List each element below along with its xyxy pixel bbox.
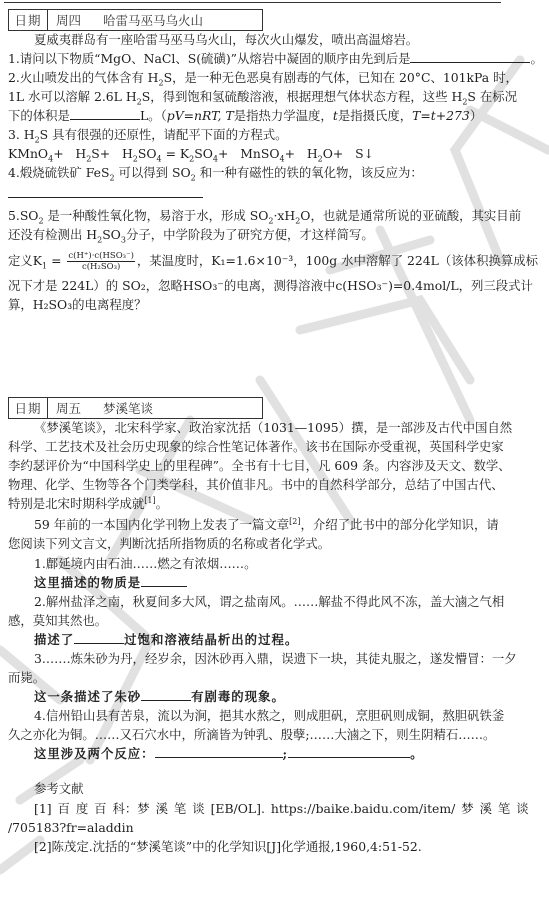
- question-4-answer: [8, 185, 203, 203]
- item-3-question: 这一条描述了朱砂有剧毒的现象。: [8, 688, 285, 706]
- item-4-line1: 4.信州铅山县有苦泉，流以为涧，挹其水熬之，则成胆矾，烹胆矾则成铜，熬胆矾铁釜: [8, 707, 504, 725]
- reference-1-cont: /705183?fr=aladdin: [8, 819, 134, 837]
- text: 这里描述的物质是: [34, 575, 141, 590]
- text: 5.SO: [8, 208, 38, 223]
- item-2-question: 描述了过饱和溶液结晶析出的过程。: [8, 631, 298, 649]
- text: 有剧毒的现象。: [191, 689, 285, 704]
- answer-blank: [141, 574, 187, 587]
- section2-title: 梦溪笔谈: [81, 399, 153, 417]
- text: 描述了: [34, 632, 74, 647]
- answer-blank: [288, 745, 410, 758]
- answer-blank: [141, 688, 191, 701]
- paragraph-1-line: 特别是北宋时期科学成就[1]。: [8, 495, 168, 513]
- text: 过饱和溶液结晶析出的过程。: [124, 632, 298, 647]
- punct: 。: [530, 51, 542, 66]
- k1-fraction: c(H⁺)·c(HSO₃⁻) c(H₂SO₃): [67, 251, 135, 272]
- text: 4.煅烧硫铁矿 FeS: [8, 165, 109, 180]
- text: 。: [410, 746, 423, 761]
- section1-header-box: 日期 周四 哈雷马巫马乌火山: [8, 9, 263, 31]
- text: O，也就是通常所说的亚硫酸，其实目前: [300, 208, 521, 223]
- answer-blank: [70, 107, 140, 120]
- item-4-line2: 久之亦化为铜。……又石穴水中，所滴皆为钟乳、殷孽;……大滷之下，则生阴精石……。: [8, 726, 495, 744]
- subscript: 1: [42, 261, 47, 270]
- paragraph-1-line: 《梦溪笔谈》，北宋科学家、政治家沈括（1031—1095）撰，是一部涉及古代中国…: [8, 419, 512, 437]
- references-title: 参考文献: [8, 780, 84, 798]
- text: 这一条描述了朱砂: [34, 689, 141, 704]
- item-3-line1: 3.……炼朱砂为丹，经岁余，因沐砂再入鼎，误遗下一块，其徒丸服之，遂发懵冒：一夕: [8, 650, 517, 668]
- reference-1: [1] 百 度 百 科：梦 溪 笔 谈 [EB/OL]. https://bai…: [8, 800, 529, 818]
- equation: KMnO4+ H2S+ H2SO4 = K2SO4+ MnSO4+ H2O+ S…: [8, 145, 374, 163]
- section1-title: 哈雷马巫马乌火山: [81, 11, 203, 29]
- weekday: 周四: [48, 11, 81, 29]
- paragraph-2-line2: 您阅读下列文言文，判断沈括所指物质的名称或者化学式。: [8, 535, 330, 553]
- answer-blank: [8, 185, 203, 198]
- text: 下的体积是: [8, 108, 70, 123]
- text: 是指热力学温度，: [234, 108, 333, 123]
- question-2-line2: 1L 水可以溶解 2.6L H2S，得到饱和氢硫酸溶液，根据理想气体状态方程，这…: [8, 88, 517, 106]
- text: 2.火山喷发出的气体含有 H: [8, 70, 158, 85]
- item-3-line2: 而毙。: [8, 669, 45, 687]
- text: ，介绍了此书中的部分化学知识，请: [300, 517, 498, 532]
- text: ·xH: [273, 208, 295, 223]
- question-5-definition: 定义K1 = c(H⁺)·c(HSO₃⁻) c(H₂SO₃) ，某温度时，K₁=…: [8, 250, 538, 272]
- top-rule: [4, 2, 501, 3]
- section1-intro: 夏威夷群岛有一座哈雷马巫马乌火山，每次火山爆发，喷出高温熔岩。: [8, 31, 418, 49]
- text: 。: [156, 496, 168, 511]
- text: 特别是北宋时期科学成就: [8, 496, 144, 511]
- answer-blank: [410, 50, 530, 63]
- text: 这里涉及两个反应：: [34, 746, 155, 761]
- answer-blank: [155, 745, 283, 758]
- question-2-line1: 2.火山喷发出的气体含有 H2S，是一种无色恶臭有剧毒的气体，已知在 20°C、…: [8, 69, 518, 87]
- text: 1L 水可以溶解 2.6L H: [8, 89, 137, 104]
- text: ，某温度时，K₁=1.6×10⁻³，100g 水中溶解了 224L（该体积换算成…: [137, 253, 538, 268]
- text: 是一种酸性氧化物，易溶于水，形成 SO: [48, 208, 269, 223]
- reference-2: [2]陈茂定.沈括的“梦溪笔谈”中的化学知识[J]化学通报,1960,4:51-…: [8, 838, 422, 856]
- text: S 在标况: [467, 89, 517, 104]
- question-4: 4.煅烧硫铁矿 FeS2 可以得到 SO2 和一种有磁性的铁的氧化物，该反应为：: [8, 164, 423, 182]
- question-2-line3: 下的体积是L。（pV=nRT, T是指热力学温度，t是指摄氏度，T=t+273）: [8, 107, 482, 125]
- text: 定义K: [8, 253, 42, 268]
- question-5-line1: 5.SO2 是一种酸性氧化物，易溶于水，形成 SO2·xH2O，也就是通常所说的…: [8, 207, 521, 225]
- date-label: 日期: [9, 10, 48, 30]
- paragraph-2: 59 年前的一本国内化学刊物上发表了一篇文章[2]，介绍了此书中的部分化学知识，…: [8, 516, 499, 534]
- question-5-line4: 况下才是 224L）的 SO₂，忽略HSO₃⁻的电离，测得溶液中c(HSO₃⁻)…: [8, 277, 533, 295]
- paragraph-1-line: 科学、工艺技术及社会历史现象的综合性笔记体著作。该书在国际亦受重视，英国科学史家: [8, 438, 504, 456]
- text: 还没有检测出 H: [8, 227, 97, 242]
- item-1: 1.鄜延境内由石油……燃之有浓烟……。: [8, 555, 256, 573]
- paragraph-1-line: 物理、化学、生物等各个门类学科，其价值非凡。书中的自然科学部分，总结了中国古代、: [8, 476, 504, 494]
- text: 3. H: [8, 127, 35, 142]
- question-1-text: 1.请问以下物质“MgO、NaCl、S(硫磺)”从熔岩中凝固的顺序由先到后是: [8, 51, 410, 66]
- item-2-line1: 2.解州盐泽之南，秋夏间多大风，谓之盐南风。……解盐不得此风不冻，盖大滷之气相: [8, 593, 504, 611]
- section2-header-box: 日期 周五 梦溪笔谈: [8, 397, 263, 419]
- text: S，是一种无色恶臭有剧毒的气体，已知在 20°C、101kPa 时，: [164, 70, 518, 85]
- text: 和一种有磁性的铁的氧化物，该反应为：: [200, 165, 423, 180]
- text: SO: [102, 227, 121, 242]
- text: S，得到饱和氢硫酸溶液，根据理想气体状态方程，这些 H: [142, 89, 463, 104]
- text: ）: [470, 108, 482, 123]
- text: 可以得到 SO: [119, 165, 191, 180]
- item-1-question: 这里描述的物质是: [8, 574, 187, 592]
- fraction-denominator: c(H₂SO₃): [82, 262, 120, 272]
- question-1: 1.请问以下物质“MgO、NaCl、S(硫磺)”从熔岩中凝固的顺序由先到后是。: [8, 50, 543, 68]
- answer-blank: [74, 631, 124, 644]
- citation: [2]: [289, 517, 300, 526]
- question-5-line5: 算，H₂SO₃的电离程度？: [8, 296, 147, 314]
- text: 分子，中学阶段为了研究方便，才这样简写。: [126, 227, 374, 242]
- paragraph-1-line: 李约瑟评价为“中国科学史上的里程碑”。全书有十七目，凡 609 条。内容涉及天文…: [8, 457, 511, 475]
- citation: [1]: [144, 496, 155, 505]
- item-2-line2: 感，莫知其然也。: [8, 612, 107, 630]
- date-label: 日期: [9, 398, 48, 418]
- text: 是指摄氏度，: [338, 108, 412, 123]
- text: L。（: [140, 108, 167, 123]
- formula: T=t+273: [412, 108, 470, 123]
- formula: pV=nRT, T: [167, 108, 234, 123]
- text: S 具有很强的还原性，请配平下面的方程式。: [40, 127, 288, 142]
- question-5-line2: 还没有检测出 H2SO3分子，中学阶段为了研究方便，才这样简写。: [8, 226, 374, 244]
- question-3: 3. H2S 具有很强的还原性，请配平下面的方程式。: [8, 126, 288, 144]
- weekday: 周五: [48, 399, 81, 417]
- item-4-question: 这里涉及两个反应：;。: [8, 745, 423, 763]
- text: 59 年前的一本国内化学刊物上发表了一篇文章: [34, 517, 289, 532]
- fraction-numerator: c(H⁺)·c(HSO₃⁻): [67, 251, 135, 262]
